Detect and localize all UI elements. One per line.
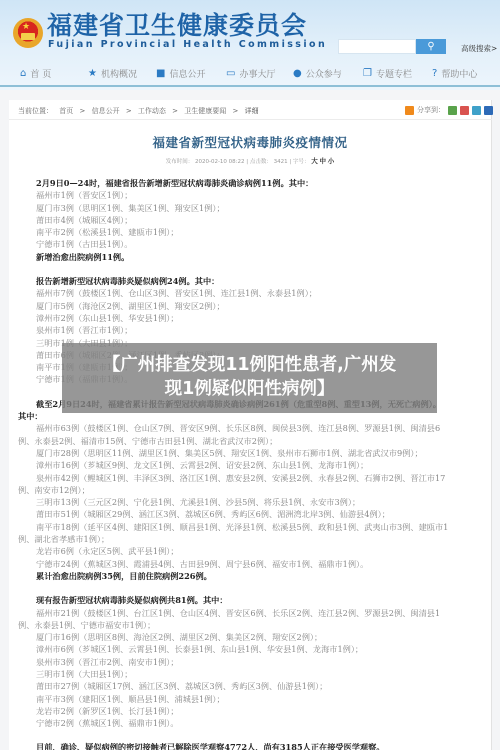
share-qzone-icon[interactable] [448,106,457,115]
share-label: 分享到： [417,105,445,115]
headline-overlay: 【广州排查发现11例阳性患者,广州发 现1例疑似阳性病例】 [62,343,437,413]
nav-public-participation[interactable]: ● 公众参与 [293,67,342,80]
search-input[interactable] [338,39,416,54]
national-emblem-logo[interactable]: ★ [13,18,43,48]
article-line: 例、南安市12例）； [18,484,480,496]
article-line: 漳州市16例（芗城区9例、龙文区1例、云霄县2例、诏安县2例、东山县1例、龙海市… [18,459,480,471]
breadcrumb-info-public[interactable]: 信息公开 [92,107,120,115]
article-line: 泉州市42例（鲤城区1例、丰泽区3例、洛江区1例、惠安县2例、安溪县2例、永春县… [18,472,480,484]
site-subtitle: Fujian Provincial Health Commission [48,40,327,50]
nav-help[interactable]: ? 帮助中心 [432,67,477,80]
article-line: 南平市2例（松溪县1例、建瓯市1例）； [18,226,480,238]
share-renren-icon[interactable] [484,106,493,115]
nav-about[interactable]: ★ 机构概况 [88,67,137,80]
share-bar: 分享到： [405,105,493,115]
share-weibo-icon[interactable] [460,106,469,115]
article-line: 漳州市2例（东山县1例、华安县1例）； [18,312,480,324]
article-meta: 发布时间： 2020-02-10 08:22 | 点击数： 3421 | 字号：… [0,156,500,165]
article-line: 例、永泰县1例、宁德市福安市1例）； [18,619,480,631]
article-line: 莆田市27例（城厢区17例、涵江区3例、荔城区3例、秀屿区3例、仙游县1例）； [18,680,480,692]
paragraph-gap [18,582,480,594]
paragraph-gap [18,263,480,275]
share-plus-icon[interactable] [405,106,414,115]
article-line: 厦门市16例（思明区8例、海沧区2例、湖里区2例、集美区2例、翔安区2例）； [18,631,480,643]
article-line: 三明市13例（三元区2例、宁化县1例、尤溪县1例、沙县5例、将乐县1例、永安市3… [18,496,480,508]
article-line: 莆田市51例（城厢区29例、涵江区3例、荔城区6例、秀屿区6例、湄洲湾北岸3例、… [18,508,480,520]
article-line: 福州市1例（晋安区1例）； [18,189,480,201]
article-line: 南平市18例（延平区4例、建阳区1例、顺昌县1例、光泽县1例、松溪县5例、政和县… [18,521,480,533]
nav-label: 公众参与 [306,67,342,80]
article-line: 龙岩市6例（永定区5例、武平县1例）； [18,545,480,557]
article-line: 报告新增新型冠状病毒肺炎疑似病例24例。其中： [18,275,480,287]
star-icon: ★ [22,23,30,32]
article-line: 厦门市3例（思明区1例、集美区1例、翔安区1例）； [18,202,480,214]
advanced-search-link[interactable]: 高级搜索> [461,43,497,54]
search-button[interactable]: ⚲ [416,39,446,54]
breadcrumb-prefix: 当前位置： [18,107,53,115]
people-icon: ● [293,68,302,79]
article-line: 现有报告新型冠状病毒肺炎疑似病例共81例。其中： [18,594,480,606]
overlay-line-2: 现1例疑似阳性病例】 [62,377,437,401]
article-line: 宁德市2例（蕉城区1例、福鼎市1例）。 [18,717,480,729]
article-line: 累计治愈出院病例35例，目前住院病例226例。 [18,570,480,582]
article-line: 宁德市24例（蕉城区3例、霞浦县4例、古田县9例、周宁县6例、福安市1例、福鼎市… [18,558,480,570]
site-header: ★ 福建省卫生健康委员会 Fujian Provincial Health Co… [0,0,500,90]
article-line: 南平市3例（建阳区1例、顺昌县1例、浦城县1例）； [18,693,480,705]
star-icon: ★ [88,68,97,79]
article-line: 泉州市3例（晋江市2例、南安市1例）； [18,656,480,668]
font-size-large[interactable]: 大 [311,157,318,165]
article-title: 福建省新型冠状病毒肺炎疫情情况 [0,133,500,151]
publish-time: 2020-02-10 08:22 [195,159,245,165]
breadcrumb-separator: > [172,107,178,115]
breadcrumb-separator: > [79,107,85,115]
article-line: 福州市21例（鼓楼区1例、台江区1例、仓山区4例、晋安区6例、长乐区2例、连江县… [18,607,480,619]
nav-topics[interactable]: ❐ 专题专栏 [363,67,412,80]
article-line: 龙岩市2例（新罗区1例、长汀县1例）； [18,705,480,717]
breadcrumb-home[interactable]: 首页 [59,107,73,115]
gate-icon [21,33,35,40]
publish-label: 发布时间： [166,159,194,165]
nav-label: 机构概况 [101,67,137,80]
article-line: 三明市1例（大田县1例）； [18,668,480,680]
monitor-icon: ▭ [226,68,235,79]
breadcrumb-detail: 详细 [245,107,259,115]
article-line: 例、永泰县2例、福清市15例、宁德市古田县1例、湖北省武汉市2例）； [18,435,480,447]
nav-label: 办事大厅 [239,67,275,80]
breadcrumb-work-news[interactable]: 工作动态 [138,107,166,115]
nav-label: 帮助中心 [441,67,477,80]
article-line: 莆田市4例（城厢区4例）； [18,214,480,226]
folder-icon: ■ [156,68,165,79]
overlay-line-1: 【广州排查发现11例阳性患者,广州发 [62,353,437,377]
main-nav: ⌂ 首 页 ★ 机构概况 ■ 信息公开 ▭ 办事大厅 ● 公众参与 ❐ 专题专栏… [0,63,500,87]
nav-info-public[interactable]: ■ 信息公开 [156,67,205,80]
article-line: 福州市7例（鼓楼区1例、仓山区3例、晋安区1例、连江县1例、永泰县1例）； [18,287,480,299]
nav-label: 首 页 [30,67,51,80]
article-line: 福州市63例（鼓楼区1例、仓山区7例、晋安区9例、长乐区8例、闽侯县3例、连江县… [18,422,480,434]
breadcrumb-separator: > [233,107,239,115]
home-icon: ⌂ [20,68,26,79]
nav-label: 专题专栏 [376,67,412,80]
article-line: 新增治愈出院病例11例。 [18,251,480,263]
site-title[interactable]: 福建省卫生健康委员会 [47,13,307,38]
paragraph-gap [18,729,480,741]
font-size-small[interactable]: 小 [328,157,335,165]
article-line: 2月9日0—24时，福建省报告新增新型冠状病毒肺炎确诊病例11例。其中： [18,177,480,189]
article-line: 例、湖北省孝感市1例）； [18,533,480,545]
breadcrumb-separator: > [126,107,132,115]
click-count: 3421 [274,159,288,165]
font-size-label: 字号： [293,159,310,165]
share-tencent-icon[interactable] [472,106,481,115]
article-line: 宁德市1例（古田县1例）。 [18,238,480,250]
article-line: 厦门市28例（思明区11例、湖里区1例、集美区5例、翔安区1例、泉州市石狮市1例… [18,447,480,459]
nav-home[interactable]: ⌂ 首 页 [20,67,51,80]
article-line: 漳州市6例（芗城区1例、云霄县1例、长泰县1例、东山县1例、华安县1例、龙海市1… [18,643,480,655]
clicks-label: 点击数： [250,159,272,165]
article-body: 2月9日0—24时，福建省报告新增新型冠状病毒肺炎确诊病例11例。其中：福州市1… [18,177,480,750]
nav-label: 信息公开 [169,67,205,80]
article-line: 泉州市1例（晋江市1例）； [18,324,480,336]
font-size-medium[interactable]: 中 [320,157,327,165]
topics-icon: ❐ [363,68,372,79]
article-line: 厦门市5例（海沧区2例、湖里区1例、翔安区2例）； [18,300,480,312]
search-icon: ⚲ [427,41,434,52]
article-line: 目前，确诊、疑似病例的密切接触者已解除医学观察4772人，尚有3185人正在接受… [18,741,480,750]
breadcrumb-health-news[interactable]: 卫生健康要闻 [184,107,226,115]
nav-service-hall[interactable]: ▭ 办事大厅 [226,67,275,80]
help-icon: ? [432,68,437,79]
